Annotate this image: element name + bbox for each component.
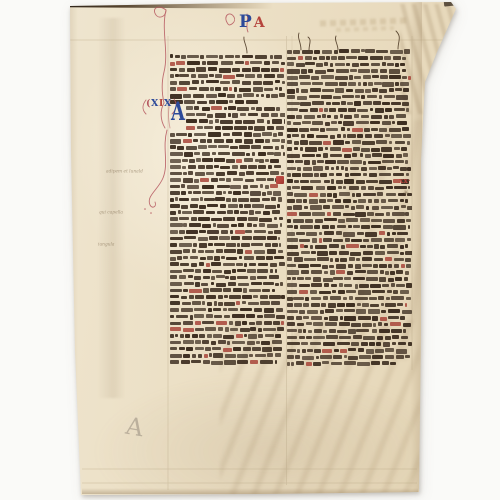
script-word — [361, 342, 367, 346]
script-word — [386, 186, 393, 189]
script-word — [362, 264, 371, 267]
running-title-letter: P — [239, 12, 252, 32]
script-word — [295, 355, 300, 359]
script-word — [351, 206, 355, 210]
script-word — [395, 277, 402, 281]
script-word — [301, 251, 310, 254]
script-word — [333, 193, 337, 198]
script-word — [347, 102, 353, 105]
script-word — [323, 153, 328, 157]
script-word — [303, 303, 309, 306]
script-word — [367, 212, 374, 216]
script-word — [306, 362, 312, 366]
script-word — [349, 75, 353, 79]
script-word — [335, 63, 345, 67]
script-word — [392, 335, 399, 338]
script-word — [355, 89, 364, 94]
script-word — [340, 316, 343, 320]
script-word — [326, 102, 331, 105]
script-word — [312, 121, 323, 125]
script-word — [395, 160, 404, 163]
script-word — [407, 206, 412, 210]
script-word — [299, 128, 309, 132]
script-word — [355, 95, 361, 98]
script-word — [402, 69, 406, 72]
script-word — [287, 212, 297, 216]
script-word — [321, 303, 326, 307]
script-word — [333, 239, 343, 242]
script-word — [380, 317, 386, 321]
body-text — [0, 0, 500, 500]
script-word — [372, 316, 379, 321]
script-word — [314, 173, 319, 177]
script-word — [322, 265, 328, 270]
script-word — [374, 199, 379, 203]
script-word — [322, 349, 331, 353]
script-word — [330, 135, 336, 139]
script-word — [341, 101, 345, 105]
script-word — [337, 160, 349, 164]
script-line — [287, 322, 412, 328]
script-word — [385, 303, 395, 306]
script-word — [392, 121, 395, 125]
script-word — [299, 212, 311, 215]
script-word — [338, 108, 348, 113]
script-word — [359, 284, 369, 289]
script-word — [331, 179, 334, 184]
script-word — [397, 121, 408, 125]
script-word — [303, 329, 307, 333]
script-word — [380, 270, 384, 273]
script-word — [346, 56, 357, 60]
script-word — [332, 102, 341, 105]
script-line — [287, 56, 412, 62]
script-word — [309, 193, 318, 197]
script-line — [287, 277, 412, 283]
script-word — [287, 283, 297, 287]
script-line — [287, 108, 412, 114]
script-word — [297, 96, 307, 101]
script-word — [287, 108, 298, 111]
script-word — [324, 283, 329, 287]
script-word — [323, 205, 330, 209]
script-word — [403, 323, 411, 328]
script-word — [287, 167, 296, 170]
script-word — [385, 108, 391, 112]
script-word — [387, 290, 392, 293]
script-word — [341, 245, 346, 249]
script-word — [403, 329, 406, 333]
script-word — [371, 361, 380, 365]
script-word — [381, 206, 393, 209]
script-word — [346, 244, 359, 248]
script-word — [387, 232, 391, 236]
script-word — [407, 141, 410, 146]
script-word — [380, 69, 387, 73]
script-word — [352, 193, 355, 197]
script-word — [339, 192, 351, 196]
script-word — [311, 283, 322, 287]
script-word — [390, 271, 395, 275]
script-word — [375, 251, 385, 255]
script-word — [396, 154, 402, 158]
script-word — [327, 199, 333, 202]
script-word — [310, 342, 321, 345]
script-word — [307, 134, 314, 138]
script-line — [287, 179, 412, 185]
script-word — [387, 244, 399, 248]
script-word — [363, 75, 371, 79]
script-word — [362, 303, 369, 307]
script-word — [326, 335, 338, 339]
script-word — [378, 166, 387, 170]
script-word — [391, 134, 401, 138]
script-word — [287, 349, 296, 352]
script-word — [392, 232, 396, 235]
script-word — [358, 82, 361, 86]
script-word — [382, 62, 385, 66]
script-word — [385, 134, 391, 138]
script-word — [396, 355, 404, 359]
script-word — [333, 355, 342, 359]
script-word — [310, 180, 322, 184]
script-word — [336, 270, 346, 274]
script-word — [384, 95, 395, 98]
script-word — [367, 95, 377, 99]
script-word — [336, 166, 339, 169]
script-word — [299, 109, 308, 113]
script-word — [311, 316, 322, 320]
script-line — [287, 101, 412, 107]
script-word — [356, 193, 361, 197]
script-word — [323, 141, 331, 145]
script-word — [287, 76, 298, 81]
script-word — [361, 49, 365, 52]
script-word — [321, 75, 334, 79]
script-line — [287, 147, 412, 153]
script-word — [323, 330, 328, 334]
script-word — [353, 200, 357, 203]
script-word — [400, 199, 404, 203]
script-word — [341, 127, 346, 131]
script-word — [287, 310, 298, 314]
script-word — [317, 257, 329, 261]
script-word — [309, 199, 318, 203]
script-word — [334, 50, 338, 55]
script-word — [385, 348, 395, 352]
script-word — [365, 49, 374, 53]
script-word — [333, 96, 341, 99]
script-word — [379, 173, 391, 177]
script-word — [324, 180, 331, 183]
script-line — [287, 82, 412, 88]
script-word — [337, 134, 341, 138]
script-line — [287, 335, 412, 341]
script-word — [356, 309, 366, 313]
script-word — [394, 264, 399, 268]
script-word — [331, 362, 342, 365]
script-word — [310, 264, 322, 267]
script-word — [329, 244, 339, 248]
script-word — [343, 121, 354, 126]
script-word — [287, 219, 291, 223]
script-word — [363, 101, 372, 104]
script-word — [371, 148, 380, 152]
script-word — [373, 323, 376, 327]
script-word — [305, 277, 311, 281]
script-word — [306, 232, 316, 237]
script-word — [406, 219, 411, 222]
script-word — [314, 349, 321, 354]
script-word — [287, 329, 297, 332]
script-word — [396, 349, 406, 354]
script-word — [367, 270, 378, 274]
script-word — [346, 89, 353, 93]
script-word — [379, 264, 387, 268]
script-word — [387, 251, 399, 254]
script-word — [305, 147, 317, 151]
script-word — [405, 303, 407, 307]
script-word — [344, 309, 355, 312]
script-word — [322, 50, 333, 54]
script-word — [287, 82, 298, 86]
script-word — [339, 251, 349, 255]
script-word — [405, 251, 412, 255]
script-line — [287, 199, 412, 205]
script-word — [402, 102, 409, 106]
script-word — [324, 271, 328, 275]
script-line — [287, 231, 412, 237]
script-line — [287, 49, 412, 55]
script-word — [363, 251, 373, 255]
script-word — [357, 134, 364, 138]
script-word — [329, 108, 337, 112]
script-word — [298, 264, 309, 269]
script-word — [330, 154, 342, 158]
script-word — [350, 173, 361, 176]
script-word — [372, 329, 377, 333]
script-word — [340, 258, 347, 262]
script-word — [304, 206, 309, 209]
script-word — [305, 297, 309, 301]
script-word — [358, 199, 366, 203]
script-word — [308, 330, 312, 334]
script-word — [326, 56, 330, 60]
script-word — [369, 342, 375, 346]
script-word — [354, 114, 360, 118]
script-word — [385, 257, 392, 261]
script-word — [397, 303, 403, 306]
running-title: PA — [239, 12, 267, 32]
script-word — [382, 121, 391, 125]
script-line — [287, 218, 412, 224]
script-word — [379, 89, 387, 93]
script-word — [297, 323, 305, 326]
script-word — [389, 115, 394, 119]
script-word — [370, 304, 379, 308]
script-word — [310, 88, 321, 92]
script-word — [310, 245, 313, 249]
script-word — [383, 342, 391, 346]
script-word — [406, 108, 409, 112]
script-word — [316, 186, 326, 190]
script-word — [329, 265, 334, 268]
script-word — [364, 128, 371, 132]
script-word — [294, 225, 299, 229]
marginal-gloss: iungula — [98, 242, 114, 247]
script-word — [390, 50, 403, 54]
script-word — [316, 63, 323, 67]
script-word — [393, 290, 398, 294]
script-word — [296, 63, 305, 67]
script-word — [371, 63, 381, 67]
script-word — [347, 128, 350, 132]
script-word — [338, 186, 342, 189]
script-word — [331, 56, 336, 60]
script-word — [387, 167, 392, 171]
script-word — [292, 173, 301, 177]
script-word — [297, 167, 302, 171]
script-word — [372, 290, 385, 294]
script-word — [333, 277, 343, 280]
script-word — [342, 95, 354, 98]
script-word — [368, 161, 381, 165]
script-word — [287, 270, 299, 275]
script-word — [315, 70, 326, 75]
script-word — [379, 128, 387, 132]
script-word — [379, 180, 391, 184]
script-word — [353, 147, 360, 151]
script-word — [381, 199, 386, 203]
script-word — [308, 69, 313, 74]
script-word — [319, 108, 323, 112]
script-word — [405, 258, 411, 262]
script-word — [305, 219, 313, 223]
script-word — [302, 154, 315, 158]
script-word — [363, 239, 369, 242]
script-line — [287, 348, 412, 354]
script-word — [287, 316, 294, 320]
script-word — [376, 50, 389, 54]
script-word — [391, 296, 404, 300]
script-word — [368, 186, 375, 190]
script-word — [392, 212, 405, 216]
script-word — [341, 166, 344, 169]
script-word — [311, 76, 319, 80]
script-word — [322, 89, 334, 92]
script-word — [366, 349, 374, 354]
script-word — [342, 148, 352, 152]
script-word — [375, 213, 384, 216]
script-word — [296, 316, 302, 320]
script-word — [408, 342, 412, 347]
script-word — [287, 95, 295, 99]
script-word — [346, 290, 356, 294]
script-word — [365, 232, 377, 237]
script-word — [361, 225, 369, 229]
script-word — [343, 213, 355, 216]
script-word — [361, 148, 370, 152]
script-word — [297, 277, 304, 280]
script-word — [349, 186, 360, 190]
script-line — [287, 186, 412, 192]
script-word — [304, 258, 316, 262]
script-word — [374, 82, 381, 85]
script-word — [345, 238, 350, 242]
script-word — [287, 322, 295, 326]
script-word — [365, 154, 372, 158]
script-word — [287, 62, 294, 66]
script-word — [302, 349, 306, 353]
running-title-letter: A — [254, 15, 265, 31]
script-word — [402, 310, 412, 314]
script-word — [324, 231, 335, 235]
script-word — [385, 336, 391, 340]
script-word — [293, 122, 301, 125]
script-word — [313, 166, 323, 171]
script-word — [356, 205, 364, 208]
script-word — [348, 348, 356, 351]
script-line — [287, 173, 412, 179]
script-word — [344, 284, 352, 287]
script-word — [360, 153, 364, 157]
chapter-xx-initial — [276, 176, 284, 184]
script-line — [287, 264, 412, 270]
script-word — [358, 56, 368, 60]
script-word — [345, 205, 350, 208]
script-word — [329, 251, 337, 255]
script-word — [344, 179, 354, 184]
script-word — [330, 270, 335, 275]
script-word — [395, 82, 399, 86]
script-word — [349, 296, 353, 300]
script-word — [368, 199, 372, 203]
script-word — [335, 199, 340, 204]
script-line — [287, 134, 412, 140]
script-word — [310, 128, 319, 131]
script-word — [319, 232, 322, 235]
script-word — [317, 251, 328, 256]
script-word — [314, 225, 321, 229]
script-word — [352, 140, 361, 144]
script-word — [305, 62, 315, 65]
script-word — [339, 49, 349, 53]
script-word — [333, 140, 343, 145]
script-word — [330, 147, 341, 150]
script-word — [296, 199, 302, 203]
script-word — [386, 297, 391, 300]
script-word — [338, 121, 343, 124]
script-word — [292, 186, 300, 190]
script-word — [327, 115, 331, 119]
script-word — [298, 56, 304, 60]
script-word — [378, 296, 384, 300]
script-word — [339, 82, 347, 86]
script-word — [287, 336, 297, 339]
script-word — [361, 115, 369, 118]
script-word — [345, 173, 349, 177]
script-word — [300, 82, 311, 86]
script-word — [292, 134, 299, 137]
script-word — [338, 56, 345, 60]
script-word — [403, 153, 408, 157]
script-word — [388, 309, 400, 313]
script-word — [387, 63, 394, 67]
script-word — [353, 225, 361, 228]
script-word — [369, 297, 376, 300]
script-word — [301, 342, 308, 346]
script-line — [287, 361, 397, 367]
